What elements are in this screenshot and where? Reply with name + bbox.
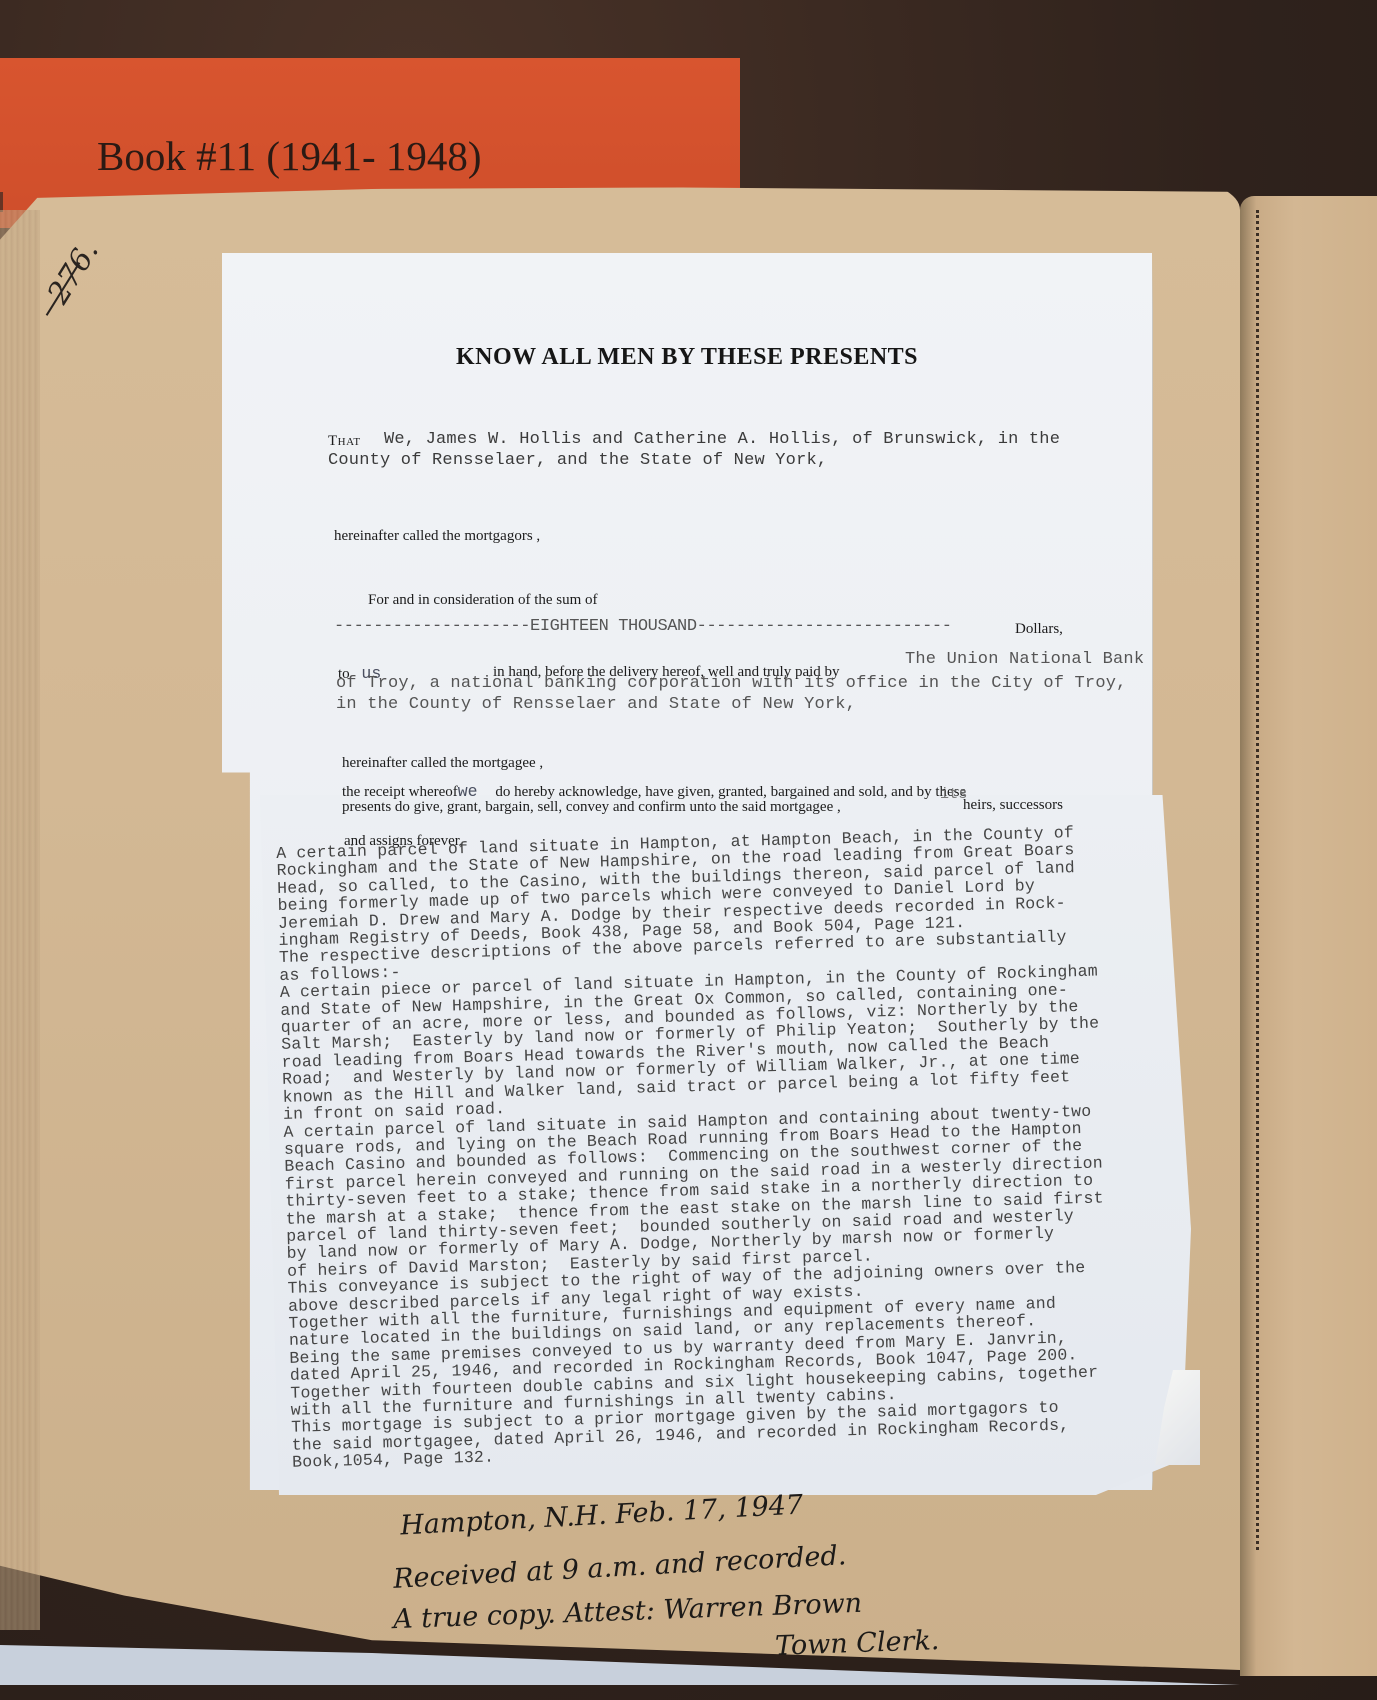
property-description: A certain parcel of land situate in Hamp…: [276, 824, 1110, 1472]
heirs-successors: heirs, successors: [963, 797, 1063, 814]
stacked-page-edges: [0, 210, 40, 1630]
cover-letter-fragment: [0, 192, 17, 212]
mortgagee-label: hereinafter called the mortgagee ,: [342, 755, 543, 772]
consideration-label: For and in consideration of the sum of: [368, 592, 598, 609]
recording-note-line-4: Town Clerk.: [775, 1625, 940, 1662]
dollars-label: Dollars,: [1015, 621, 1063, 638]
mortgagor-line: hereinafter called the mortgagors ,: [334, 528, 540, 545]
receipt-prefix: the receipt whereof: [342, 784, 458, 800]
binder-cover-title: Book #11 (1941- 1948): [97, 132, 482, 180]
grantors-line-1: We, James W. Hollis and Catherine A. Hol…: [384, 430, 1060, 450]
presents-line: presents do give, grant, bargain, sell, …: [342, 799, 841, 816]
mortgagor-label: hereinafter called the mortgagor: [334, 528, 527, 544]
document-heading: KNOW ALL MEN BY THESE PRESENTS: [222, 344, 1152, 371]
right-ledger-page: [1240, 196, 1377, 1676]
amount-line: --------------------EIGHTEEN THOUSAND---…: [334, 617, 952, 637]
grantors-line-2: County of Rensselaer, and the State of N…: [328, 451, 827, 471]
grantee-line-3: in the County of Rensselaer and State of…: [336, 695, 856, 715]
mortgagor-suffix: s ,: [527, 528, 540, 544]
that-label: That: [328, 433, 361, 449]
grantee-line-2: of Troy, a national banking corporation …: [336, 674, 1127, 694]
page-perforation: [1256, 210, 1259, 1550]
grantee-line-1: The Union National Bank: [905, 650, 1144, 670]
receipt-suffix: do hereby acknowledge, have given, grant…: [495, 784, 966, 800]
